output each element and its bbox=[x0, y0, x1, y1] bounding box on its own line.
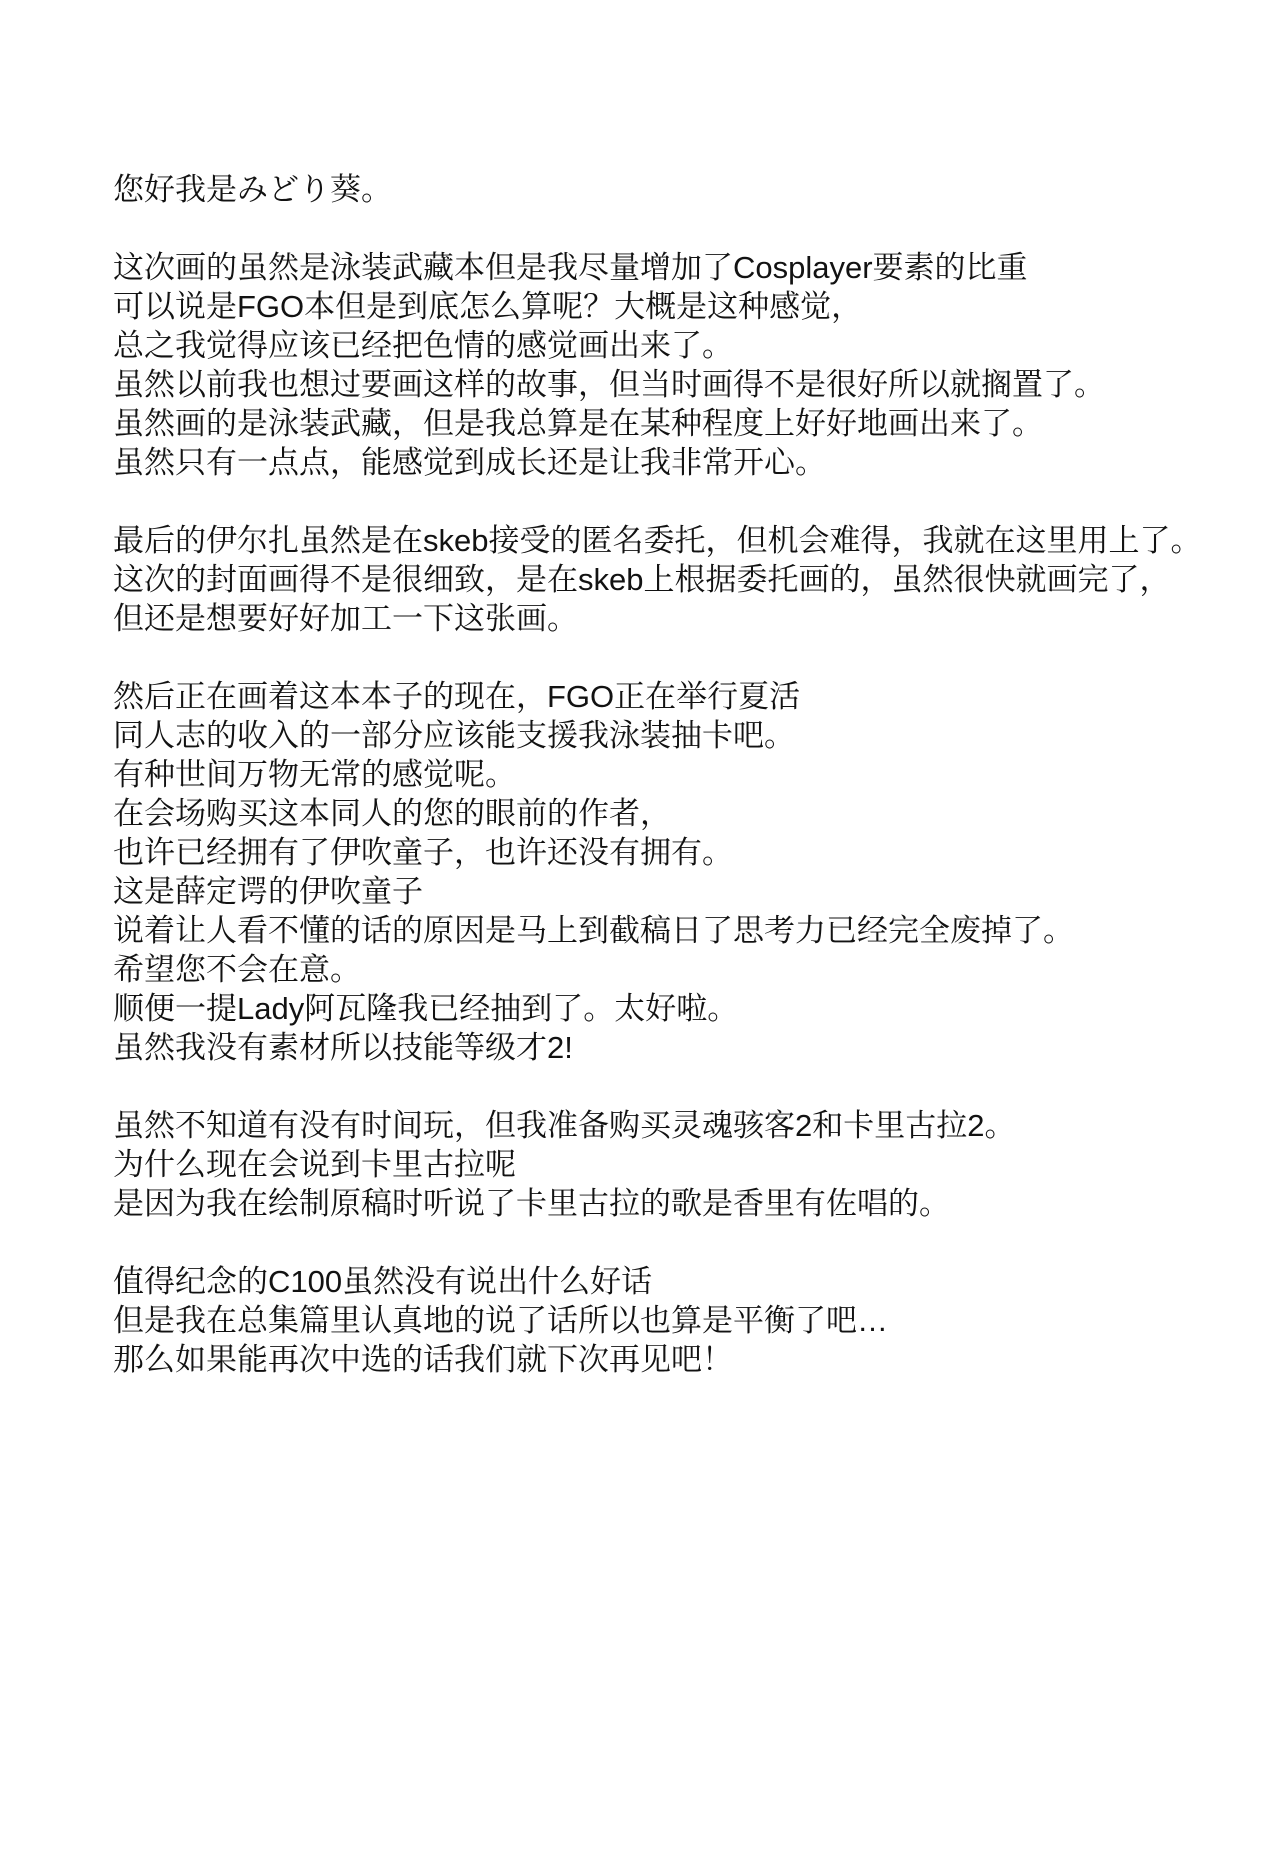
paragraph-about-book: 这次画的虽然是泳装武藏本但是我尽量增加了Cosplayer要素的比重 可以说是F… bbox=[113, 248, 1243, 482]
afterword-text-block: 您好我是みどり葵。 这次画的虽然是泳装武藏本但是我尽量增加了Cosplayer要… bbox=[113, 170, 1243, 1379]
paragraph-c100-closing: 值得纪念的C100虽然没有说出什么好话 但是我在总集篇里认真地的说了话所以也算是… bbox=[113, 1262, 1243, 1379]
text-line: 最后的伊尔扎虽然是在skeb接受的匿名委托，但机会难得，我就在这里用上了。 bbox=[113, 521, 1243, 560]
paragraph-greeting: 您好我是みどり葵。 bbox=[113, 170, 1243, 209]
text-line: 在会场购买这本同人的您的眼前的作者， bbox=[113, 794, 1243, 833]
text-line: 这次画的虽然是泳装武藏本但是我尽量增加了Cosplayer要素的比重 bbox=[113, 248, 1243, 287]
text-line: 但是我在总集篇里认真地的说了话所以也算是平衡了吧… bbox=[113, 1301, 1243, 1340]
text-line: 这次的封面画得不是很细致，是在skeb上根据委托画的，虽然很快就画完了， bbox=[113, 560, 1243, 599]
text-line: 虽然画的是泳装武藏，但是我总算是在某种程度上好好地画出来了。 bbox=[113, 404, 1243, 443]
paragraph-games: 虽然不知道有没有时间玩，但我准备购买灵魂骇客2和卡里古拉2。 为什么现在会说到卡… bbox=[113, 1106, 1243, 1223]
text-line: 说着让人看不懂的话的原因是马上到截稿日了思考力已经完全废掉了。 bbox=[113, 911, 1243, 950]
text-line: 然后正在画着这本本子的现在，FGO正在举行夏活 bbox=[113, 677, 1243, 716]
text-line: 虽然以前我也想过要画这样的故事，但当时画得不是很好所以就搁置了。 bbox=[113, 365, 1243, 404]
text-line: 为什么现在会说到卡里古拉呢 bbox=[113, 1145, 1243, 1184]
text-line: 也许已经拥有了伊吹童子，也许还没有拥有。 bbox=[113, 833, 1243, 872]
text-line: 虽然不知道有没有时间玩，但我准备购买灵魂骇客2和卡里古拉2。 bbox=[113, 1106, 1243, 1145]
text-line: 同人志的收入的一部分应该能支援我泳装抽卡吧。 bbox=[113, 716, 1243, 755]
text-line: 总之我觉得应该已经把色情的感觉画出来了。 bbox=[113, 326, 1243, 365]
text-line: 是因为我在绘制原稿时听说了卡里古拉的歌是香里有佐唱的。 bbox=[113, 1184, 1243, 1223]
text-line: 您好我是みどり葵。 bbox=[113, 170, 1243, 209]
text-line: 有种世间万物无常的感觉呢。 bbox=[113, 755, 1243, 794]
text-line: 顺便一提Lady阿瓦隆我已经抽到了。太好啦。 bbox=[113, 989, 1243, 1028]
paragraph-skeb-commission: 最后的伊尔扎虽然是在skeb接受的匿名委托，但机会难得，我就在这里用上了。 这次… bbox=[113, 521, 1243, 638]
paragraph-fgo-summer: 然后正在画着这本本子的现在，FGO正在举行夏活 同人志的收入的一部分应该能支援我… bbox=[113, 677, 1243, 1067]
text-line: 那么如果能再次中选的话我们就下次再见吧！ bbox=[113, 1340, 1243, 1379]
afterword-page: 您好我是みどり葵。 这次画的虽然是泳装武藏本但是我尽量增加了Cosplayer要… bbox=[0, 0, 1280, 1856]
text-line: 虽然只有一点点，能感觉到成长还是让我非常开心。 bbox=[113, 443, 1243, 482]
text-line: 希望您不会在意。 bbox=[113, 950, 1243, 989]
text-line: 但还是想要好好加工一下这张画。 bbox=[113, 599, 1243, 638]
text-line: 虽然我没有素材所以技能等级才2! bbox=[113, 1028, 1243, 1067]
text-line: 值得纪念的C100虽然没有说出什么好话 bbox=[113, 1262, 1243, 1301]
text-line: 可以说是FGO本但是到底怎么算呢？大概是这种感觉， bbox=[113, 287, 1243, 326]
text-line: 这是薛定谔的伊吹童子 bbox=[113, 872, 1243, 911]
